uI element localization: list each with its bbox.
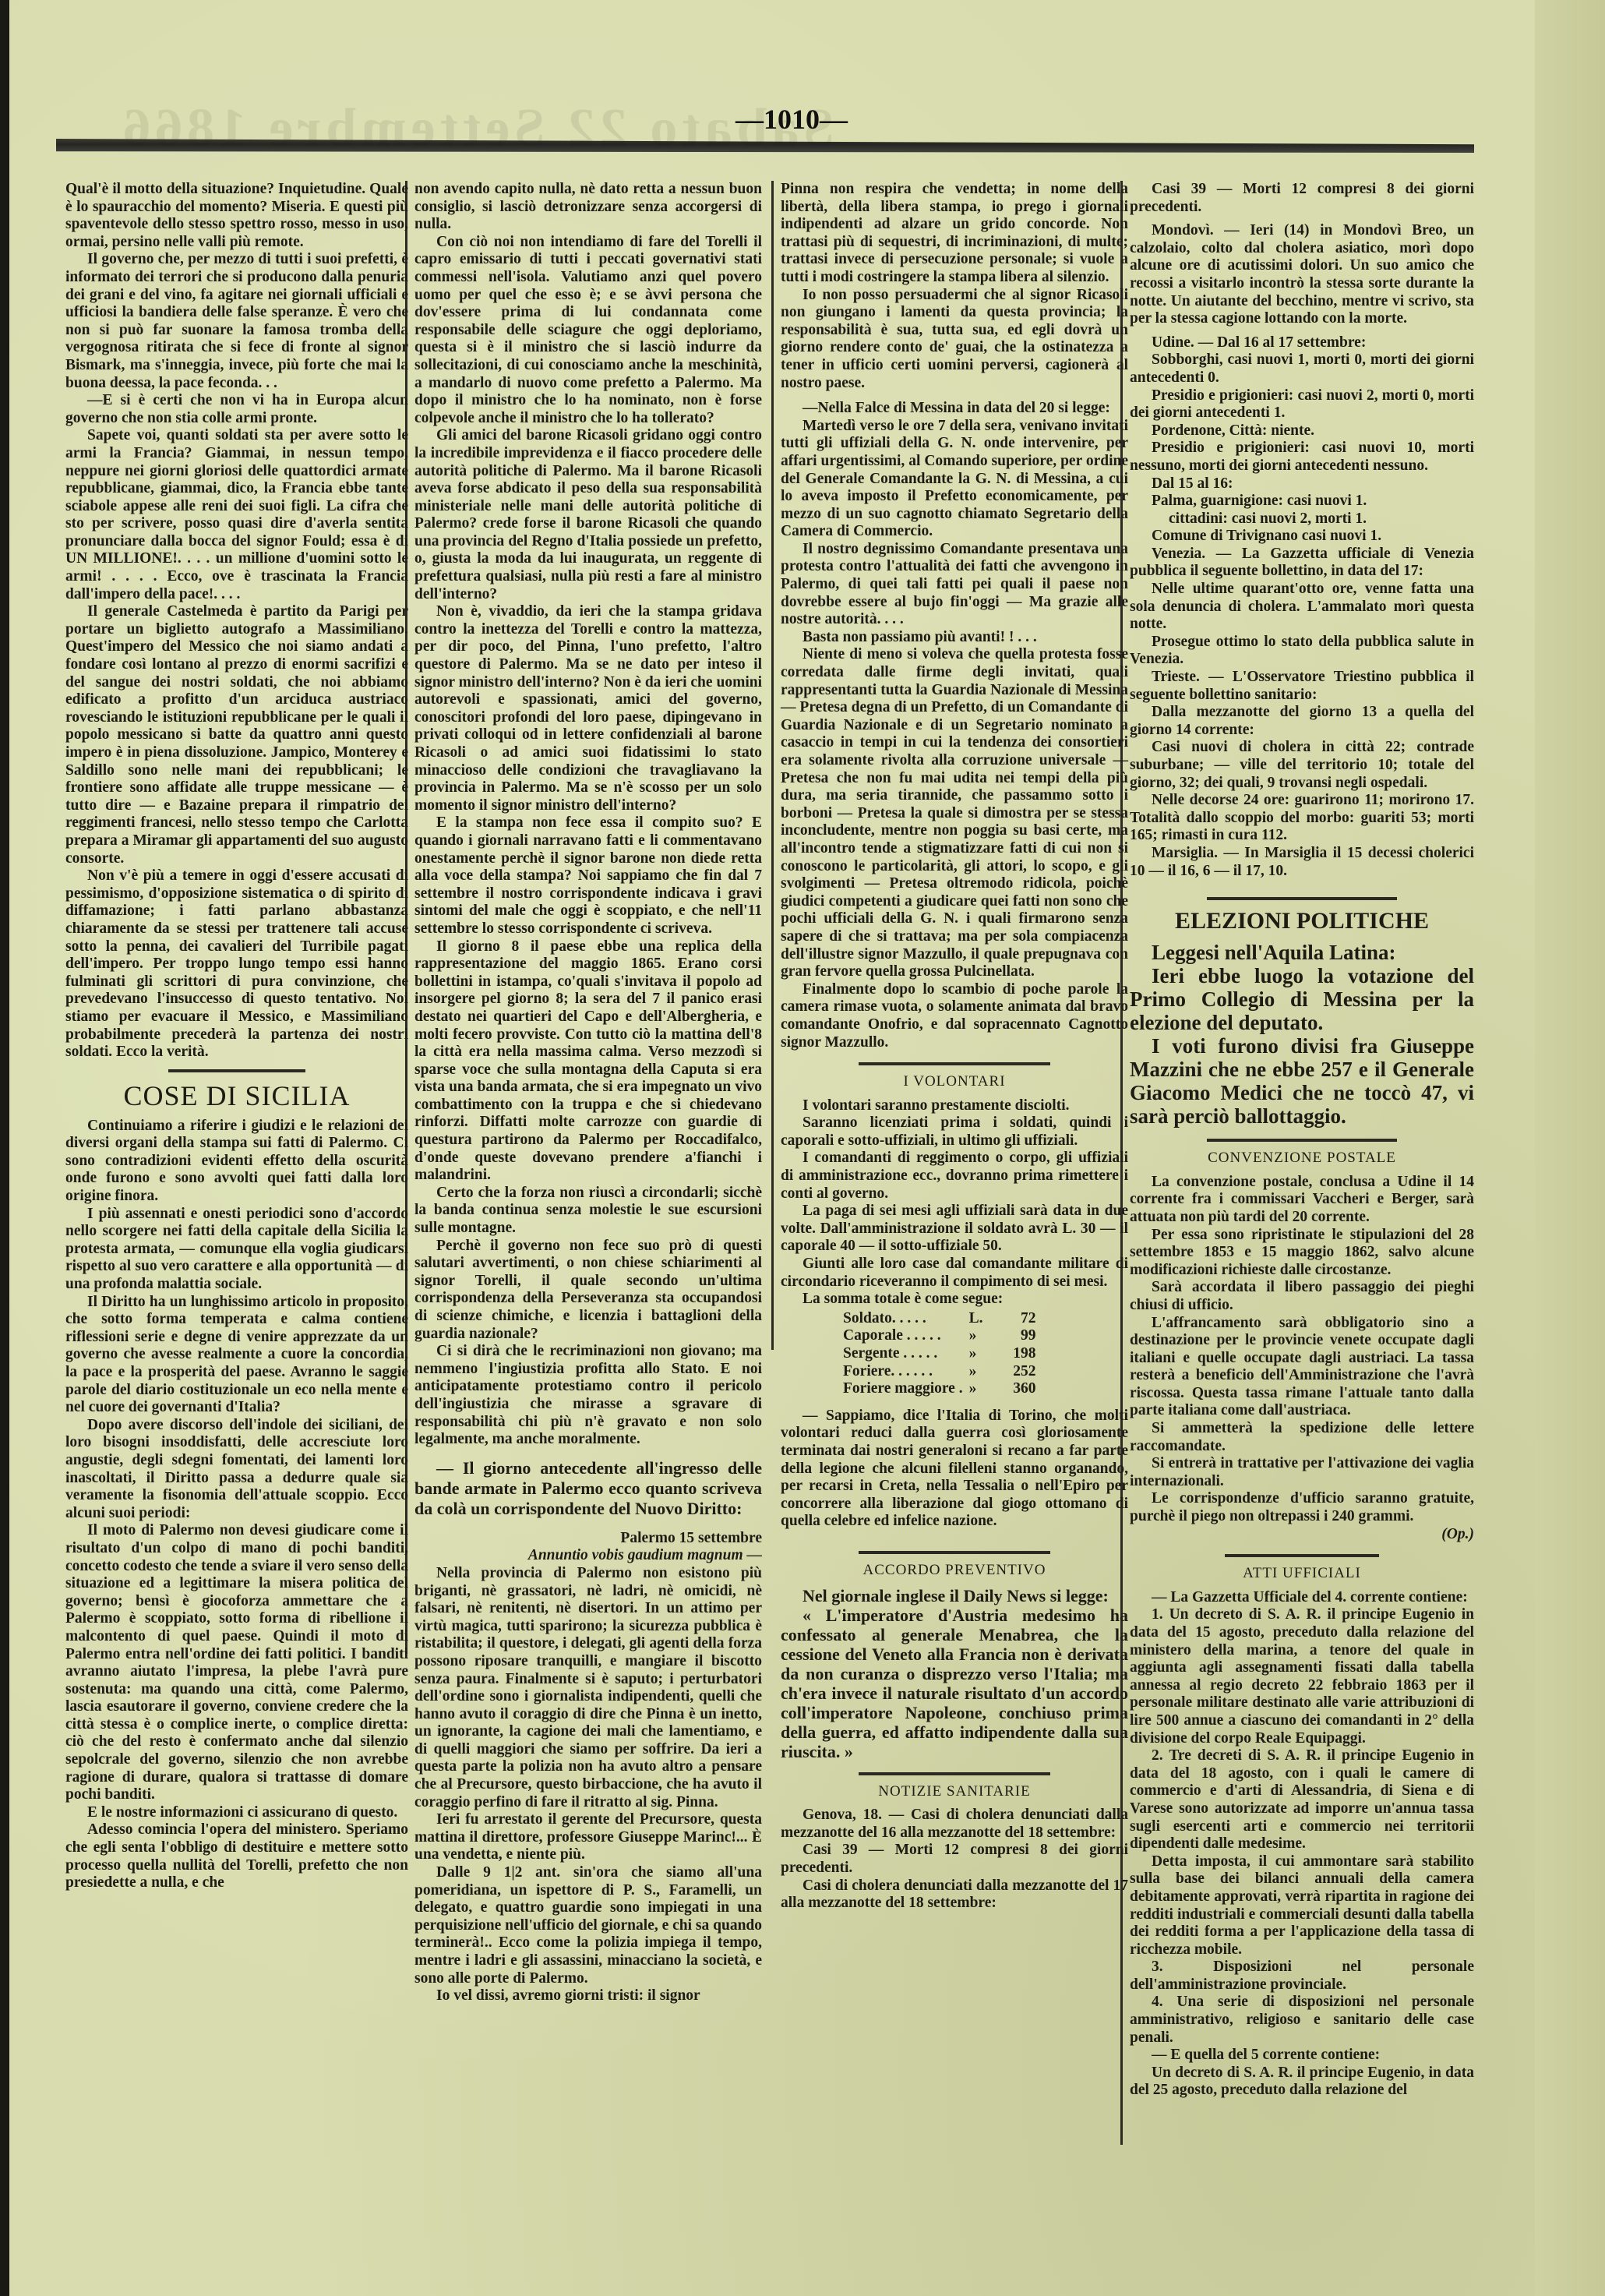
paragraph: I voti furono divisi fra Giuseppe Mazzin… <box>1130 1034 1474 1128</box>
paragraph: Non è, vivaddio, da ieri che la stampa g… <box>414 603 762 814</box>
section-rule <box>1207 1139 1396 1142</box>
paragraph: Casi 39 — Morti 12 compresi 8 dei giorni… <box>781 1842 1128 1877</box>
paragraph: 3. Disposizioni nel personale dell'ammin… <box>1130 1959 1474 1994</box>
section-title-accordo-preventivo: ACCORDO PREVENTIVO <box>781 1562 1128 1580</box>
table-row: Foriere. . . . . .»252 <box>843 1363 1042 1381</box>
paragraph: Ieri ebbe luogo la votazione del Primo C… <box>1130 964 1474 1034</box>
table-row: Soldato. . . . .L.72 <box>843 1310 1042 1328</box>
paragraph: Perchè il governo non fece suo prò di qu… <box>414 1238 762 1344</box>
paragraph: Per essa sono ripristinate le stipulazio… <box>1130 1227 1474 1280</box>
paragraph: Detta imposta, il cui ammontare sarà sta… <box>1130 1853 1474 1959</box>
paragraph: Palma, guarnigione: casi nuovi 1. <box>1130 493 1474 510</box>
section-rule <box>1207 897 1396 900</box>
next-page-edge <box>1535 0 1605 2296</box>
paragraph: Sarà accordata il libero passaggio dei p… <box>1130 1279 1474 1314</box>
rank-cell: Foriere. . . . . . <box>843 1363 969 1381</box>
paragraph: Le corrispondenze d'ufficio saranno grat… <box>1130 1490 1474 1525</box>
paragraph: 4. Una serie di disposizioni nel persona… <box>1130 1994 1474 2047</box>
paragraph: Il nostro degnissimo Comandante presenta… <box>781 541 1128 629</box>
section-rule <box>859 1551 1049 1554</box>
pay-table: Soldato. . . . .L.72 Caporale . . . . .»… <box>843 1310 1042 1398</box>
column-2: non avendo capito nulla, nè dato retta a… <box>414 181 762 2005</box>
paragraph: Continuiamo a riferire i giudizi e le re… <box>65 1118 408 1206</box>
paragraph: Pinna non respira che vendetta; in nome … <box>781 181 1128 287</box>
paragraph: Finalmente dopo lo scambio di poche paro… <box>781 981 1128 1051</box>
paragraph: Dal 15 al 16: <box>1130 475 1474 493</box>
unit-cell: » <box>969 1380 989 1398</box>
paragraph: Giunti alle loro case dal comandante mil… <box>781 1256 1128 1291</box>
paragraph: Venezia. — La Gazzetta ufficiale di Vene… <box>1130 546 1474 581</box>
paragraph: 2. Tre decreti di S. A. R. il principe E… <box>1130 1747 1474 1853</box>
paragraph: Saranno licenziati prima i soldati, quin… <box>781 1114 1128 1150</box>
paragraph: —E si è certi che non vi ha in Europa al… <box>65 392 408 427</box>
paragraph: Io non posso persuadermi che al signor R… <box>781 287 1128 393</box>
dateline: Palermo 15 settembre <box>414 1530 762 1548</box>
table-row: Sergente . . . . .»198 <box>843 1345 1042 1363</box>
paragraph: Dalle 9 1|2 ant. sin'ora che siamo all'u… <box>414 1864 762 1987</box>
paragraph: Sobborghi, casi nuovi 1, morti 0, morti … <box>1130 351 1474 387</box>
paragraph: Nella provincia di Palermo non esistono … <box>414 1565 762 1811</box>
paragraph: Qual'è il motto della situazione? Inquie… <box>65 181 408 251</box>
column-1: Qual'è il motto della situazione? Inquie… <box>65 181 408 1892</box>
paragraph: 1. Un decreto di S. A. R. il principe Eu… <box>1130 1606 1474 1747</box>
section-rule <box>168 1069 305 1072</box>
paragraph: Casi 39 — Morti 12 compresi 8 dei giorni… <box>1130 181 1474 216</box>
paragraph: Certo che la forza non riuscì a circonda… <box>414 1185 762 1238</box>
paragraph: Dopo avere discorso dell'indole dei sici… <box>65 1417 408 1523</box>
paragraph: Genova, 18. — Casi di cholera denunciati… <box>781 1807 1128 1842</box>
unit-cell: » <box>969 1345 989 1363</box>
newspaper-page: Sabato 22 Settembre 1866 —1010— Qual'è i… <box>9 0 1605 2296</box>
paragraph: Non v'è più a temere in oggi d'essere ac… <box>65 867 408 1061</box>
section-title-notizie-sanitarie: NOTIZIE SANITARIE <box>781 1783 1128 1801</box>
paragraph: — La Gazzetta Ufficiale del 4. corrente … <box>1130 1589 1474 1607</box>
paragraph: Io vel dissi, avremo giorni tristi: il s… <box>414 1987 762 2005</box>
rank-cell: Sergente . . . . . <box>843 1345 969 1363</box>
paragraph: La convenzione postale, conclusa a Udine… <box>1130 1174 1474 1227</box>
column-divider <box>771 181 774 1350</box>
paragraph: E la stampa non fece essa il compito suo… <box>414 814 762 938</box>
table-row: Foriere maggiore .»360 <box>843 1380 1042 1398</box>
paragraph: Ci si dirà che le recriminazioni non gio… <box>414 1343 762 1449</box>
paragraph: — E quella del 5 corrente contiene: <box>1130 2047 1474 2065</box>
paragraph: I più assennati e onesti periodici sono … <box>65 1206 408 1294</box>
paragraph: Trieste. — L'Osservatore Triestino pubbl… <box>1130 669 1474 704</box>
rank-cell: Caporale . . . . . <box>843 1327 969 1345</box>
section-title-volontari: I VOLONTARI <box>781 1073 1128 1091</box>
page-number: —1010— <box>735 103 848 136</box>
paragraph: E le nostre informazioni ci assicurano d… <box>65 1804 408 1822</box>
paragraph: — Il giorno antecedente all'ingresso del… <box>414 1458 762 1519</box>
amount-cell: 72 <box>989 1310 1042 1328</box>
amount-cell: 198 <box>989 1345 1042 1363</box>
unit-cell: » <box>969 1363 989 1381</box>
section-rule <box>1225 1554 1380 1557</box>
section-title-convenzione-postale: CONVENZIONE POSTALE <box>1130 1150 1474 1167</box>
paragraph: Ieri fu arrestato il gerente del Precurs… <box>414 1811 762 1864</box>
paragraph: cittadini: casi nuovi 2, morti 1. <box>1130 510 1474 528</box>
rank-cell: Foriere maggiore . <box>843 1380 969 1398</box>
paragraph: Nel giornale inglese il Daily News si le… <box>781 1586 1128 1605</box>
paragraph: L'affrancamento sarà obbligatorio sino a… <box>1130 1315 1474 1421</box>
paragraph: Sapete voi, quanti soldati sta per avere… <box>65 427 408 603</box>
motto: Annuntio vobis gaudium magnum — <box>414 1547 762 1565</box>
paragraph: I volontari saranno prestamente disciolt… <box>781 1097 1128 1115</box>
paragraph: Nelle decorse 24 ore: guarirono 11; mori… <box>1130 792 1474 845</box>
paragraph: Prosegue ottimo lo stato della pubblica … <box>1130 634 1474 669</box>
paragraph: Pordenone, Città: niente. <box>1130 422 1474 440</box>
paragraph: Basta non passiamo più avanti! ! . . . <box>781 629 1128 647</box>
paragraph: Il governo che, per mezzo di tutti i suo… <box>65 251 408 392</box>
paragraph: I comandanti di reggimento o corpo, gli … <box>781 1150 1128 1203</box>
paragraph: Il giorno 8 il paese ebbe una replica de… <box>414 938 762 1185</box>
section-title-atti-ufficiali: ATTI UFFICIALI <box>1130 1565 1474 1583</box>
paragraph: —Nella Falce di Messina in data del 20 s… <box>781 400 1128 418</box>
paragraph: Leggesi nell'Aquila Latina: <box>1130 941 1474 964</box>
amount-cell: 99 <box>989 1327 1042 1345</box>
paragraph: Comune di Trivignano casi nuovi 1. <box>1130 528 1474 546</box>
amount-cell: 360 <box>989 1380 1042 1398</box>
paragraph: Presidio e prigionieri: casi nuovi 10, m… <box>1130 440 1474 475</box>
section-rule <box>859 1772 1049 1775</box>
source-signature: (Op.) <box>1130 1526 1474 1544</box>
paragraph: Il Diritto ha un lunghissimo articolo in… <box>65 1294 408 1417</box>
paragraph: Casi di cholera denunciati dalla mezzano… <box>781 1877 1128 1913</box>
section-title-elezioni-politiche: ELEZIONI POLITICHE <box>1130 908 1474 934</box>
paragraph: Martedì verso le ore 7 della sera, veniv… <box>781 418 1128 541</box>
paragraph: non avendo capito nulla, nè dato retta a… <box>414 181 762 234</box>
paragraph: — Sappiamo, dice l'Italia di Torino, che… <box>781 1408 1128 1531</box>
section-rule <box>859 1062 1049 1065</box>
paragraph: Adesso comincia l'opera del ministero. S… <box>65 1821 408 1892</box>
column-4: Casi 39 — Morti 12 compresi 8 dei giorni… <box>1130 181 1474 2100</box>
paragraph: Si ammetterà la spedizione delle lettere… <box>1130 1420 1474 1455</box>
unit-cell: » <box>969 1327 989 1345</box>
paragraph: Un decreto di S. A. R. il principe Eugen… <box>1130 2065 1474 2100</box>
table-row: Caporale . . . . .»99 <box>843 1327 1042 1345</box>
paragraph: La paga di sei mesi agli uffiziali sarà … <box>781 1203 1128 1256</box>
paragraph: « L'imperatore d'Austria medesimo ha con… <box>781 1605 1128 1761</box>
rank-cell: Soldato. . . . . <box>843 1310 969 1328</box>
paragraph: Nelle ultime quarant'otto ore, venne fat… <box>1130 581 1474 634</box>
paragraph: Con ciò noi non intendiamo di fare del T… <box>414 234 762 428</box>
paragraph: Il moto di Palermo non devesi giudicare … <box>65 1522 408 1804</box>
amount-cell: 252 <box>989 1363 1042 1381</box>
section-title-cose-di-sicilia: COSE DI SICILIA <box>65 1080 408 1111</box>
paragraph: La somma totale è come segue: <box>781 1291 1128 1309</box>
paragraph: Il generale Castelmeda è partito da Pari… <box>65 603 408 867</box>
paragraph: Udine. — Dal 16 al 17 settembre: <box>1130 334 1474 352</box>
paragraph: Si entrerà in trattative per l'attivazio… <box>1130 1455 1474 1490</box>
column-3: Pinna non respira che vendetta; in nome … <box>781 181 1128 1913</box>
unit-cell: L. <box>969 1310 989 1328</box>
paragraph: Dalla mezzanotte del giorno 13 a quella … <box>1130 704 1474 739</box>
paragraph: Gli amici del barone Ricasoli gridano og… <box>414 427 762 603</box>
paragraph: Niente di meno si voleva che quella prot… <box>781 646 1128 980</box>
paragraph: Casi nuovi di cholera in città 22; contr… <box>1130 739 1474 792</box>
paragraph: Marsiglia. — In Marsiglia il 15 decessi … <box>1130 845 1474 880</box>
paragraph: Presidio e prigionieri: casi nuovi 2, mo… <box>1130 387 1474 422</box>
paragraph: Mondovì. — Ieri (14) in Mondovì Breo, un… <box>1130 222 1474 328</box>
